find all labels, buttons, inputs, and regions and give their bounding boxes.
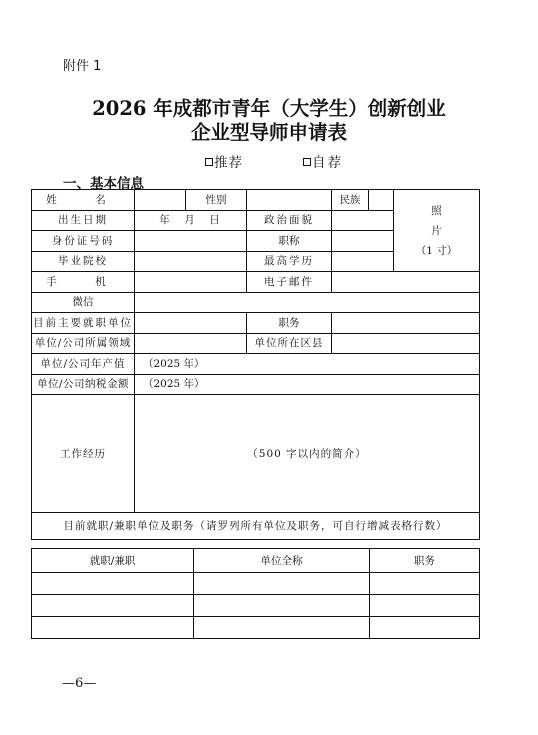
photo-slot[interactable]: 照 片 （1 寸） [394,190,480,272]
photo-label-1: 照 [394,201,479,221]
gender-label: 性别 [186,190,247,211]
professional-title-field[interactable] [332,231,394,252]
option-recommended[interactable]: 推荐 [205,151,243,171]
wechat-label: 微信 [32,292,135,313]
column-header-position: 职务 [370,549,480,573]
form-title-line-2: 企业型导师申请表 [0,121,538,145]
cell-organization[interactable] [194,617,370,639]
basic-info-table: 姓 名 性别 民族 照 片 （1 寸） 出生日期 年 月 日 政治面貌 身份证号… [31,189,480,540]
photo-label-3: （1 寸） [394,241,479,261]
column-header-organization: 单位全称 [194,549,370,573]
cell-organization[interactable] [194,595,370,617]
cell-position[interactable] [370,595,480,617]
checkbox-self-recommended[interactable] [303,158,311,166]
table-row [32,595,480,617]
ethnicity-label: 民族 [332,190,369,211]
id-number-label: 身份证号码 [32,231,135,252]
position-label: 职务 [247,313,332,334]
ethnicity-field[interactable] [369,190,394,211]
tax-amount-field[interactable]: （2025 年） [135,374,480,395]
attachment-label: 附件 1 [63,55,101,74]
cell-employment-type[interactable] [32,573,194,595]
company-field-label: 单位/公司所属领域 [32,333,135,354]
checkbox-recommended[interactable] [205,158,213,166]
page-number: —6— [62,676,96,691]
cell-employment-type[interactable] [32,595,194,617]
option-self-recommended-label: 自荐 [312,155,343,171]
tax-amount-label: 单位/公司纳税金额 [32,374,135,395]
birthdate-field[interactable]: 年 月 日 [135,210,247,231]
work-experience-field[interactable]: （500 字以内的简介） [135,395,480,513]
cell-employment-type[interactable] [32,617,194,639]
cell-organization[interactable] [194,573,370,595]
annual-output-field[interactable]: （2025 年） [135,354,480,375]
cell-position[interactable] [370,573,480,595]
email-label: 电子邮件 [247,272,332,293]
professional-title-label: 职称 [247,231,332,252]
current-employer-label: 目前主要就职单位 [32,313,135,334]
column-header-employment-type: 就职/兼职 [32,549,194,573]
company-district-field[interactable] [332,333,480,354]
birthdate-label: 出生日期 [32,210,135,231]
highest-education-label: 最高学历 [247,251,332,272]
company-district-label: 单位所在区县 [247,333,332,354]
phone-label: 手 机 [32,272,135,293]
company-field-field[interactable] [135,333,247,354]
work-experience-label: 工作经历 [32,395,135,513]
option-self-recommended[interactable]: 自荐 [303,151,343,171]
email-field[interactable] [332,272,480,293]
form-title-line-1: 2026 年成都市青年（大学生）创新创业 [0,97,538,121]
photo-label-2: 片 [394,221,479,241]
positions-section-title: 目前就职/兼职单位及职务（请罗列所有单位及职务，可自行增减表格行数） [32,513,480,540]
positions-table: 就职/兼职 单位全称 职务 [31,548,480,639]
position-field[interactable] [332,313,480,334]
id-number-field[interactable] [135,231,247,252]
political-status-label: 政治面貌 [247,210,332,231]
table-row [32,617,480,639]
table-row [32,573,480,595]
graduated-school-label: 毕业院校 [32,251,135,272]
option-recommended-label: 推荐 [214,155,243,171]
name-field[interactable] [135,190,186,211]
current-employer-field[interactable] [135,313,247,334]
wechat-field[interactable] [135,292,480,313]
gender-field[interactable] [247,190,332,211]
highest-education-field[interactable] [332,251,394,272]
political-status-field[interactable] [332,210,394,231]
graduated-school-field[interactable] [135,251,247,272]
name-label: 姓 名 [32,190,135,211]
phone-field[interactable] [135,272,247,293]
annual-output-label: 单位/公司年产值 [32,354,135,375]
cell-position[interactable] [370,617,480,639]
